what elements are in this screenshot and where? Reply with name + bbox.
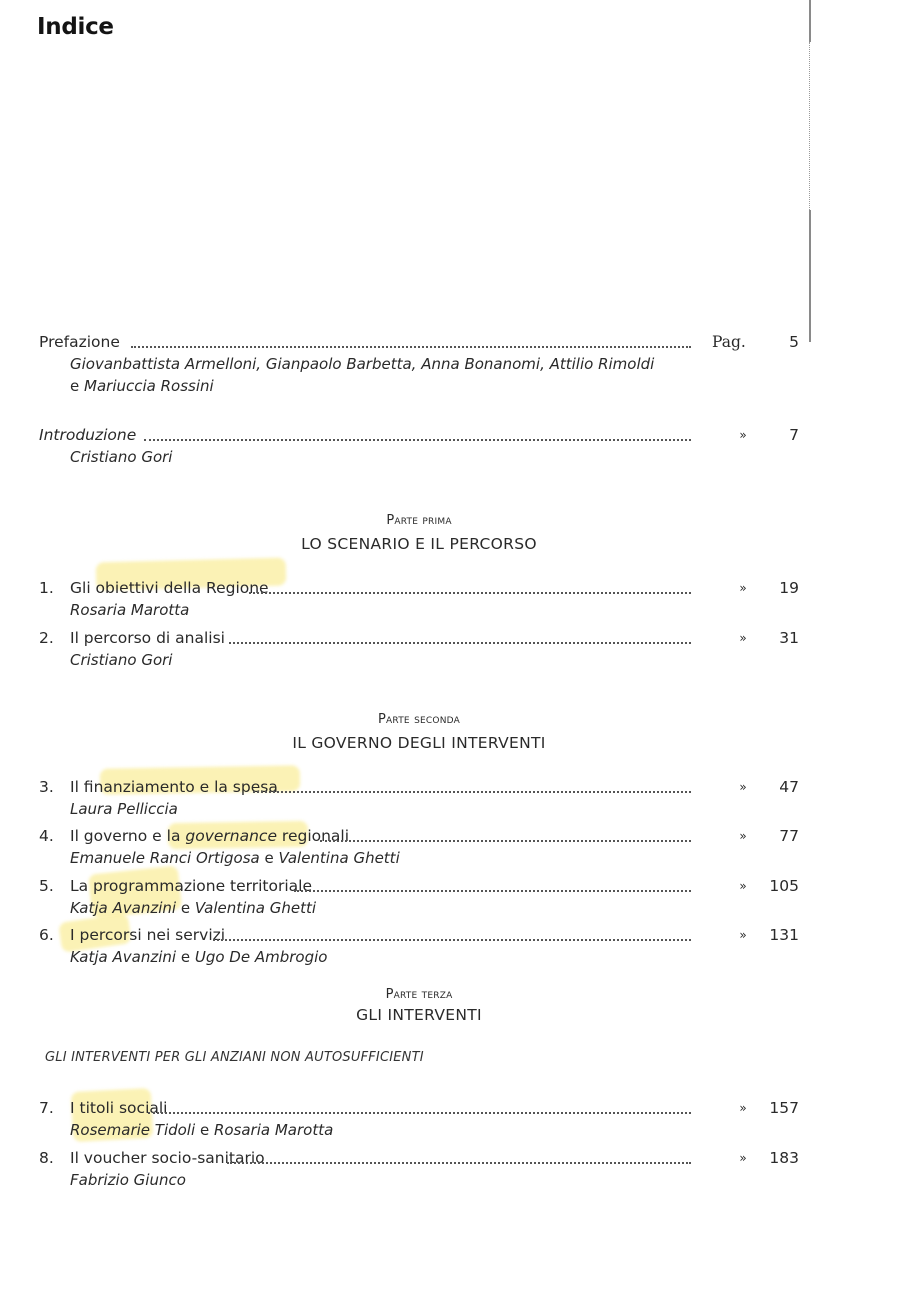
- entry-title: I percorsi nei servizi: [70, 924, 225, 946]
- author-names: Giovanbattista Armelloni, Gianpaolo Barb…: [70, 355, 654, 373]
- dot-leader: [249, 592, 691, 594]
- page-number: 5: [739, 331, 799, 353]
- author-name: Ugo De Ambrogio: [195, 948, 328, 966]
- entry-title: Il voucher socio-sanitario: [70, 1147, 265, 1169]
- title-text: La programmazione territoriale: [70, 877, 312, 895]
- chapter-number: 3.: [39, 776, 70, 798]
- title-text: I titoli sociali: [70, 1099, 167, 1117]
- page-number: 131: [739, 924, 799, 946]
- chapter-number: 5.: [39, 875, 70, 897]
- toc-entry-chapter[interactable]: 3. Il finanziamento e la spesa » 47 Laur…: [39, 776, 799, 820]
- page-number: 105: [739, 875, 799, 897]
- author-name: Emanuele Ranci Ortigosa: [70, 849, 260, 867]
- chapter-number: 2.: [39, 627, 70, 649]
- toc-entry-chapter[interactable]: 1. Gli obiettivi della Regione » 19 Rosa…: [39, 577, 799, 621]
- part-title: LO SCENARIO E IL PERCORSO: [0, 535, 838, 553]
- toc-entry-chapter[interactable]: 5. La programmazione territoriale » 105 …: [39, 875, 799, 919]
- page-number: 77: [739, 825, 799, 847]
- entry-authors: Giovanbattista Armelloni, Gianpaolo Barb…: [39, 353, 799, 375]
- entry-authors: e Mariuccia Rossini: [39, 375, 799, 397]
- dot-leader: [227, 1162, 691, 1164]
- entry-authors: Cristiano Gori: [39, 649, 799, 671]
- dot-leader: [320, 840, 691, 842]
- chapter-number: 8.: [39, 1147, 70, 1169]
- page-number: 7: [739, 424, 799, 446]
- toc-entry-prefazione[interactable]: Prefazione Pag. 5 Giovanbattista Armello…: [39, 331, 799, 397]
- entry-authors: Katja Avanzini e Ugo De Ambrogio: [39, 946, 799, 968]
- page-title: Indice: [37, 14, 114, 40]
- entry-title: Gli obiettivi della Regione: [70, 577, 269, 599]
- author-conjunction: e: [265, 849, 274, 867]
- toc-entry-introduzione[interactable]: Introduzione » 7 Cristiano Gori: [39, 424, 799, 468]
- dot-leader: [229, 642, 691, 644]
- toc-entry-chapter[interactable]: 2. Il percorso di analisi » 31 Cristiano…: [39, 627, 799, 671]
- author-name: Katja Avanzini: [70, 948, 176, 966]
- toc-entry-chapter[interactable]: 4. Il governo e la governance regionali …: [39, 825, 799, 869]
- chapter-number: 7.: [39, 1097, 70, 1119]
- toc-entry-chapter[interactable]: 8. Il voucher socio-sanitario » 183 Fabr…: [39, 1147, 799, 1191]
- scan-edge-line: [809, 0, 811, 42]
- part-title: GLI INTERVENTI: [0, 1006, 838, 1024]
- title-emphasis: governance: [185, 827, 277, 845]
- page-number: 183: [739, 1147, 799, 1169]
- title-text: Il percorso di analisi: [70, 629, 225, 647]
- title-text: Il voucher socio-sanitario: [70, 1149, 265, 1167]
- part-label: Parte terza: [0, 987, 838, 1002]
- author-name: Valentina Ghetti: [195, 899, 316, 917]
- entry-title: I titoli sociali: [70, 1097, 167, 1119]
- author-conjunction: e: [181, 948, 190, 966]
- scan-edge-line: [809, 210, 811, 342]
- entry-title: Prefazione: [39, 331, 120, 353]
- entry-authors: Fabrizio Giunco: [39, 1169, 799, 1191]
- author-name: Fabrizio Giunco: [70, 1171, 186, 1189]
- author-name: Cristiano Gori: [70, 448, 172, 466]
- scan-edge-dotted: [809, 42, 810, 210]
- title-text: Gli obiettivi della Regione: [70, 579, 269, 597]
- toc-entry-chapter[interactable]: 7. I titoli sociali » 157 Rosemarie Tido…: [39, 1097, 799, 1141]
- entry-authors: Katja Avanzini e Valentina Ghetti: [39, 897, 799, 919]
- chapter-number: 4.: [39, 825, 70, 847]
- title-text: Il governo e la: [70, 827, 185, 845]
- entry-authors: Emanuele Ranci Ortigosa e Valentina Ghet…: [39, 847, 799, 869]
- entry-title: Il governo e la governance regionali: [70, 825, 349, 847]
- chapter-number: 6.: [39, 924, 70, 946]
- part-label: Parte prima: [0, 513, 838, 528]
- dot-leader: [148, 1112, 691, 1114]
- author-name: Cristiano Gori: [70, 651, 172, 669]
- page-number: 19: [739, 577, 799, 599]
- entry-title: Il finanziamento e la spesa: [70, 776, 278, 798]
- entry-title: Introduzione: [39, 424, 136, 446]
- part-label: Parte seconda: [0, 712, 838, 727]
- page-number: 47: [739, 776, 799, 798]
- entry-authors: Rosaria Marotta: [39, 599, 799, 621]
- author-name: Laura Pelliccia: [70, 800, 178, 818]
- author-conjunction: e: [181, 899, 190, 917]
- title-text: regionali: [277, 827, 349, 845]
- author-conjunction: e: [200, 1121, 209, 1139]
- part-title: IL GOVERNO DEGLI INTERVENTI: [0, 734, 838, 752]
- dot-leader: [294, 890, 691, 892]
- dot-leader: [144, 439, 691, 441]
- dot-leader: [253, 791, 691, 793]
- page-number: 31: [739, 627, 799, 649]
- author-conjunction: e: [70, 377, 79, 395]
- dot-leader: [213, 939, 691, 941]
- toc-entry-chapter[interactable]: 6. I percorsi nei servizi » 131 Katja Av…: [39, 924, 799, 968]
- author-name: Rosaria Marotta: [214, 1121, 333, 1139]
- title-text: I percorsi nei servizi: [70, 926, 225, 944]
- author-name: Rosemarie Tidoli: [70, 1121, 195, 1139]
- entry-title: La programmazione territoriale: [70, 875, 312, 897]
- chapter-number: 1.: [39, 577, 70, 599]
- author-name: Mariuccia Rossini: [84, 377, 214, 395]
- author-name: Katja Avanzini: [70, 899, 176, 917]
- section-heading: GLI INTERVENTI PER GLI ANZIANI NON AUTOS…: [45, 1050, 424, 1065]
- dot-leader: [131, 346, 691, 348]
- entry-authors: Cristiano Gori: [39, 446, 799, 468]
- title-text: Il finanziamento e la spesa: [70, 778, 278, 796]
- entry-authors: Rosemarie Tidoli e Rosaria Marotta: [39, 1119, 799, 1141]
- page-number: 157: [739, 1097, 799, 1119]
- entry-title: Il percorso di analisi: [70, 627, 225, 649]
- author-name: Rosaria Marotta: [70, 601, 189, 619]
- entry-authors: Laura Pelliccia: [39, 798, 799, 820]
- author-name: Valentina Ghetti: [279, 849, 400, 867]
